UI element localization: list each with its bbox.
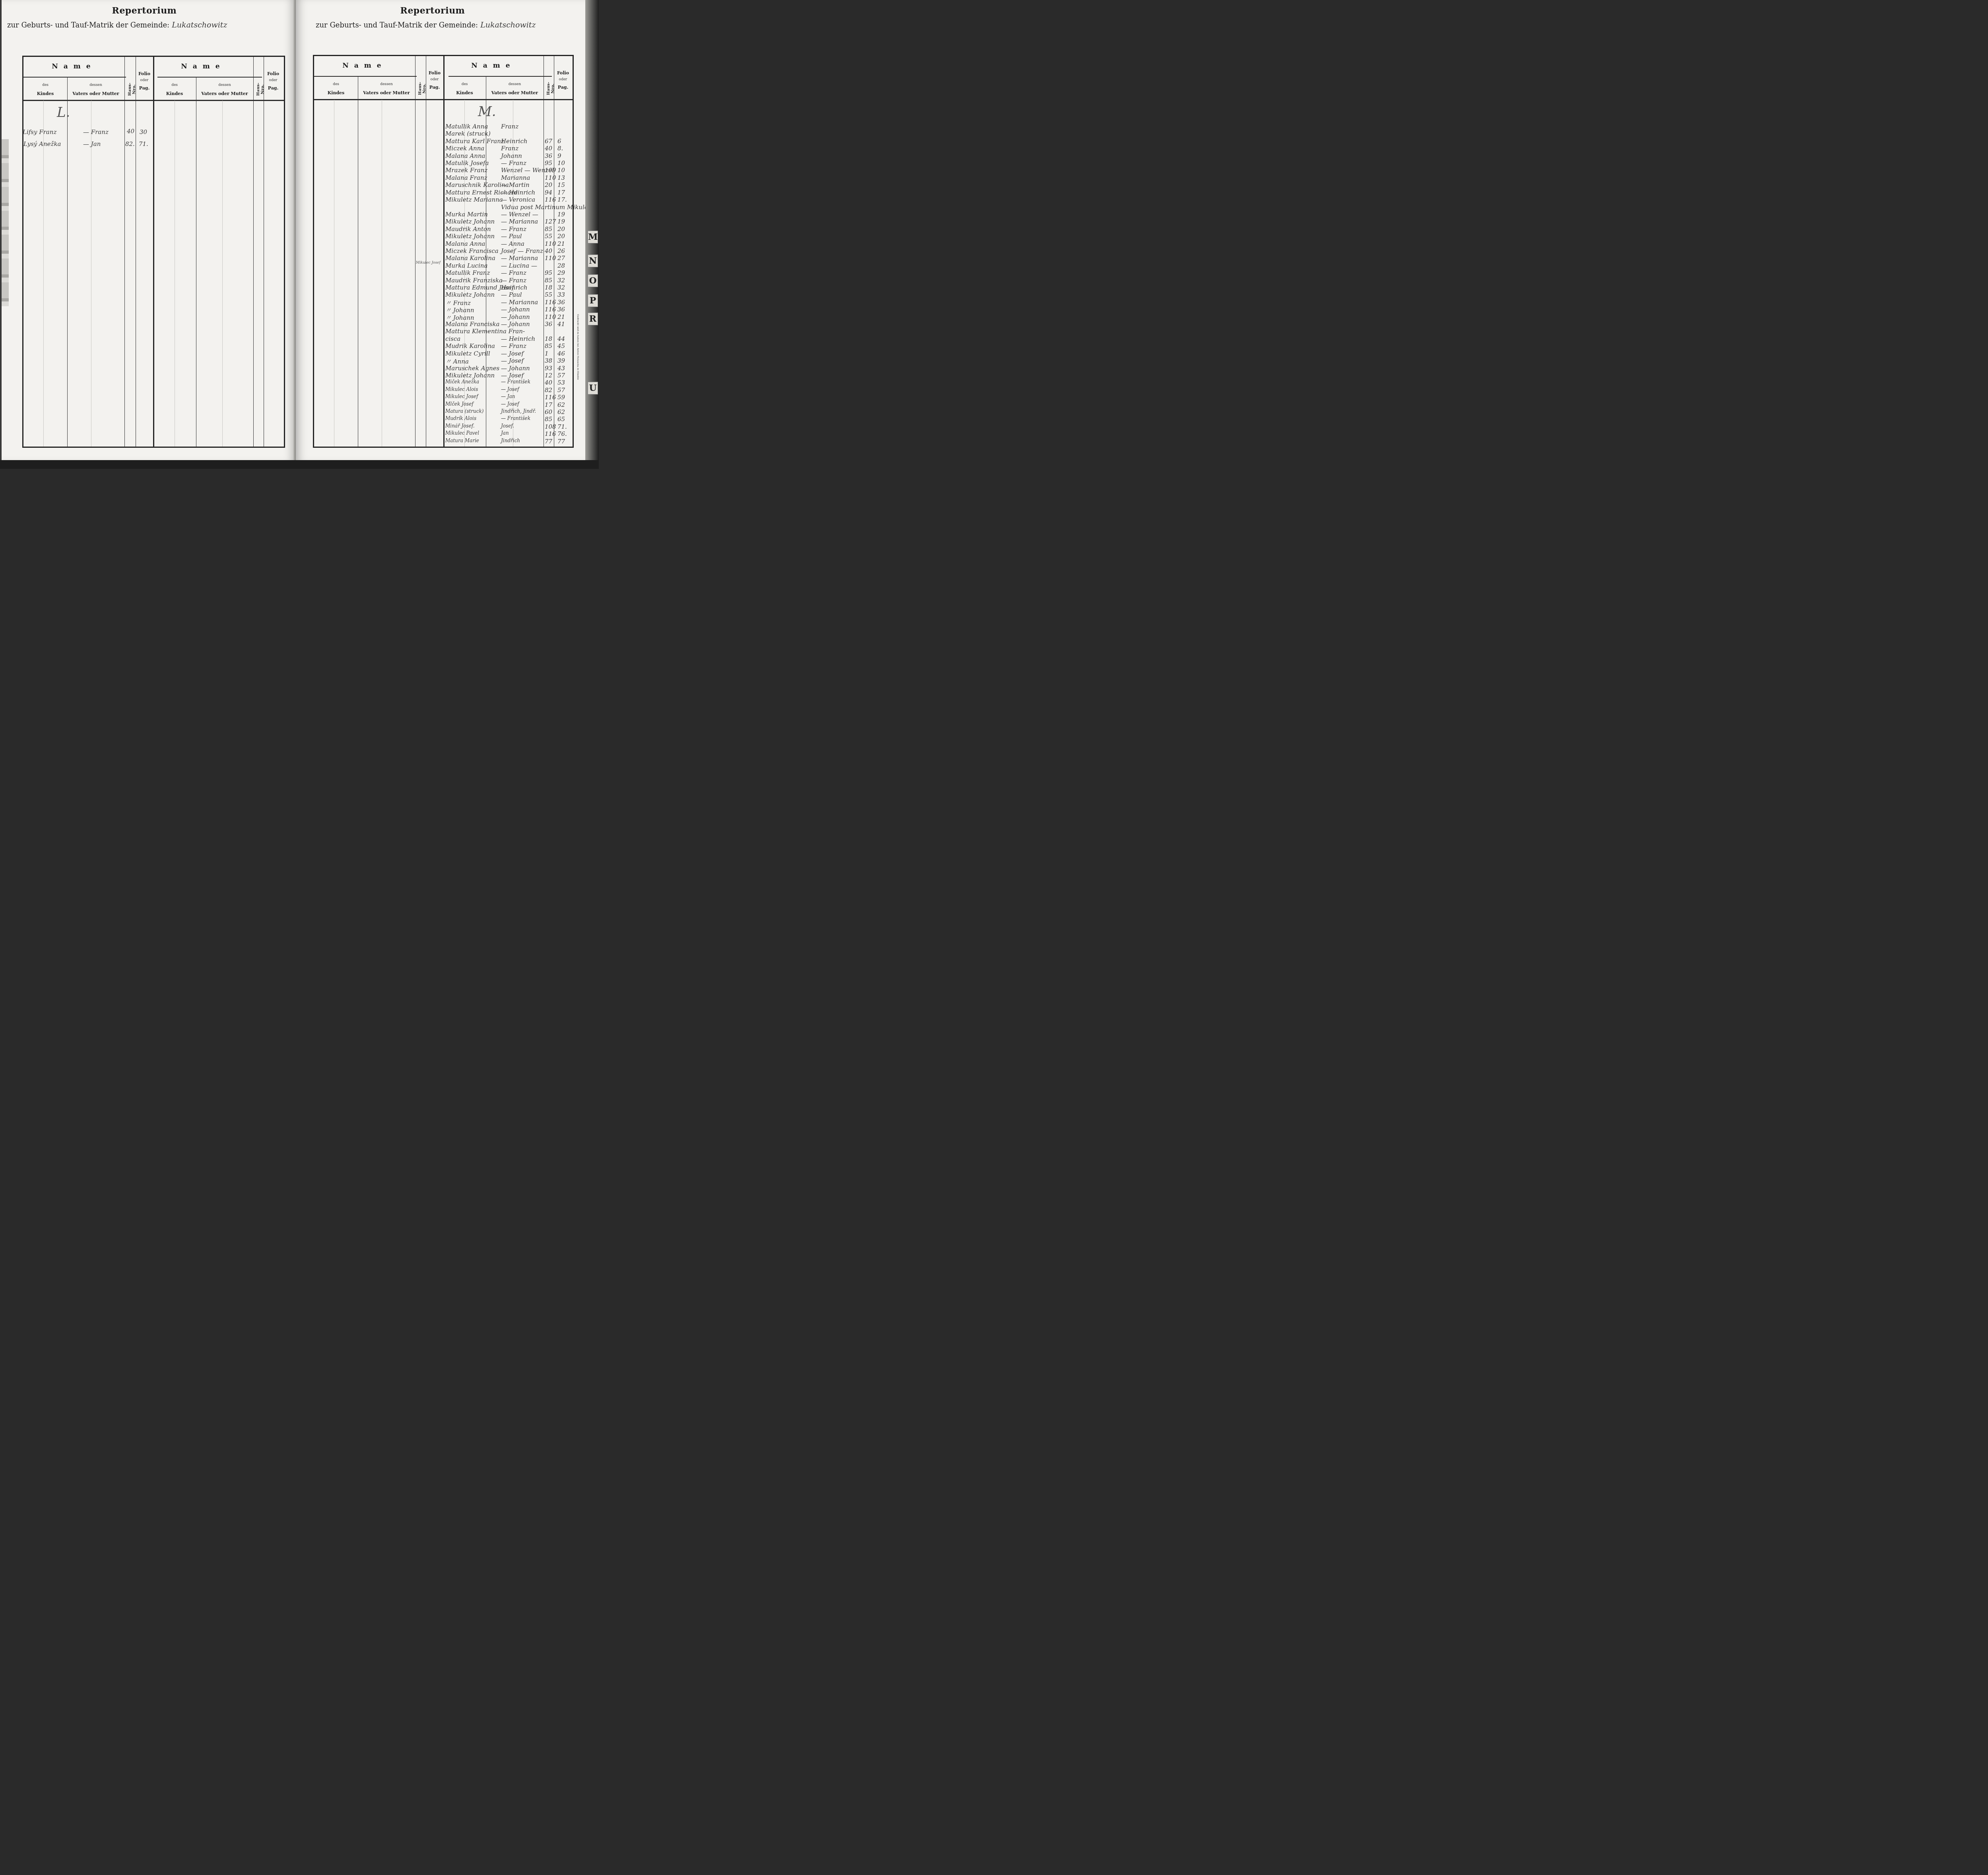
entry-haus-nro: 116 [545,196,556,203]
entry-parent: — Lucina — [501,262,537,269]
entry-parent: — Heinrich [501,335,535,342]
entry-haus-nro: 95 [545,159,552,167]
entry-folio: 46 [557,350,565,357]
header-oder: oder [136,78,153,82]
entry-folio: 39 [557,357,565,364]
entry-parent: — Johann [501,313,530,321]
subtitle-printed: zur Geburts- und Tauf-Matrik der Gemeind… [316,21,478,29]
entry-haus-nro: 36 [545,321,552,328]
entry-haus-nro: 116 [545,306,556,313]
header-rule [448,76,552,77]
column-divider [264,57,264,447]
entry-child: Mrazek Franz [445,167,487,174]
entry-folio: 10 [557,167,565,174]
entry-child: Lifsy Franz [23,128,56,136]
entry-parent: — Wenzel — [501,211,538,218]
entry-folio: 71. [557,423,567,430]
entry-child: Mikulec Josef [445,394,478,399]
entry-parent: — Franz [501,225,526,233]
header-pag: Pag. [554,85,572,90]
entry-folio: 21 [557,240,565,247]
document-spread: Repertorium zur Geburts- und Tauf-Matrik… [0,0,599,469]
entry-child: Mikuletz Johann [445,218,495,225]
column-divider [136,57,136,447]
parish-name: Lukatschowitz [480,21,536,29]
entry-parent: — Josef [501,350,524,357]
entry-folio: 45 [557,342,565,350]
entry-haus-nro: 110 [545,240,556,247]
entry-parent: Franz [501,145,518,152]
entry-parent: Josef. [501,423,514,429]
entry-haus-nro: 40 [545,379,552,386]
entry-folio: 27 [557,255,565,262]
entry-haus-nro: 108 [545,423,556,430]
entry-parent: — Marianna [501,255,538,262]
header-des: des [443,82,486,86]
entry-child: Lysý Anežka [23,140,61,148]
header-folio: Folio [264,71,283,76]
header-dessen: dessen [486,82,544,86]
entry-parent: — Franz [501,269,526,276]
entry-parent: Marianna [501,174,530,181]
entry-folio: 77 [557,438,565,445]
index-tab-p[interactable]: P [588,294,598,307]
header-name: Name [314,62,415,70]
entry-parent: Heinrich [501,138,527,145]
entry-folio: 26 [557,247,565,255]
header-kindes: Kindes [23,91,67,96]
entry-haus-nro: 77 [545,438,552,445]
entry-child: Mattura Karl Franz [445,138,504,145]
entry-folio: 53 [557,379,565,386]
entry-child: Mikulec Alois [445,387,478,392]
entry-child: Maruschek Agnes [445,365,499,372]
header-vaters: Vaters oder Mutter [358,90,415,95]
entry-folio: 71. [139,140,148,148]
guide-line [222,101,223,447]
entry-child: Maruschnik Karolina [445,181,509,188]
entry-haus-nro: 18 [545,335,552,342]
guide-line [91,101,91,447]
entry-parent: — Franz [83,128,109,136]
page-subtitle: zur Geburts- und Tauf-Matrik der Gemeind… [316,21,536,29]
entry-folio: 28 [557,262,565,269]
header-vaters: Vaters oder Mutter [196,91,253,96]
entry-parent: — Anna [501,240,524,247]
entry-parent: — Johann [501,306,530,313]
entry-haus-nro: 12 [545,372,552,379]
entry-folio: 33 [557,291,565,298]
guide-line [175,101,175,447]
entry-child: Maudrik Anton [445,225,491,233]
header-kindes: Kindes [314,90,358,95]
header-folio: Folio [426,70,443,76]
header-dessen: dessen [196,83,253,87]
binding-tape [2,139,9,306]
entry-folio: 20 [557,233,565,240]
entry-child: Malana Karolina [445,255,495,262]
entry-haus-nro: 1 [545,350,549,357]
header-kindes: Kindes [153,91,196,96]
entry-haus-nro: 36 [545,152,552,159]
entry-parent: Jindřich, Jindř. [501,408,536,414]
header-haus-nro: Haus-Nro. [418,79,427,98]
header-oder: oder [264,78,283,82]
entry-child: Mikuletz Johann [445,291,495,298]
entry-haus-nro: 85 [545,342,552,350]
entry-folio: 57 [557,372,565,379]
header-vaters: Vaters oder Mutter [486,90,544,95]
entry-haus-nro: 60 [545,408,552,416]
header-pag: Pag. [264,85,283,91]
entry-folio: 65 [557,416,565,423]
page-title: Repertorium [0,6,291,16]
column-divider [544,56,544,447]
header-haus-nro: Haus-Nro. [128,80,136,99]
entry-parent: — Franz [501,159,526,167]
index-tab-r[interactable]: R [588,313,598,325]
entry-parent: Josef — Franz [501,247,543,255]
entry-parent: — Johann [501,365,530,372]
entry-folio: 62 [557,408,565,416]
entry-folio: 13 [557,174,565,181]
entry-child: Miček Anežka [445,379,479,385]
entry-parent: — Martin [501,181,530,188]
entry-parent: — Marianna [501,218,538,225]
entry-folio: 32 [557,277,565,284]
entry-child: Matullik Franz [445,269,490,276]
scan-bottom-edge [0,460,599,469]
entry-child: cisca [445,335,460,342]
right-page: Repertorium zur Geburts- und Tauf-Matrik… [296,0,585,461]
header-dessen: dessen [67,83,124,87]
entry-haus-nro: 93 [545,365,552,372]
entry-haus-nro: 109 [545,167,556,174]
entry-folio: 19 [557,218,565,225]
entry-haus-nro: 67 [545,138,552,145]
entry-parent: — Johann [501,321,530,328]
column-divider [124,57,125,447]
column-divider [443,56,445,447]
entry-child: Miczek Anna [445,145,484,152]
entry-folio: 15 [557,181,565,188]
column-divider [554,56,554,447]
entry-child: Minář Josef. [445,423,475,429]
entry-haus-nro: 82 [545,387,552,394]
entry-child: Murka Lucina [445,262,487,269]
entry-haus-nro: 85 [545,277,552,284]
entry-child: Matullik Anna [445,123,488,130]
entry-parent: — Franz [501,342,526,350]
entry-parent: — Paul [501,291,522,298]
header-name: Name [443,62,544,70]
entry-haus-nro: 95 [545,269,552,276]
entry-folio: 6 [557,138,561,145]
entry-parent: Vidua post Martinum Mikuletz [501,204,594,211]
entry-parent: Jan [501,430,509,436]
entry-folio: 36 [557,299,565,306]
entry-folio: 43 [557,365,565,372]
header-pag: Pag. [426,85,443,90]
section-letter: L. [57,105,70,120]
column-divider [153,57,154,447]
entry-parent: — Josef [501,357,524,364]
entry-haus-nro: 116 [545,394,556,401]
entry-child: Maudrik Franziska [445,277,503,284]
entry-parent: — Jan [501,394,515,399]
entry-haus-nro: 17 [545,401,552,408]
entry-folio: 10 [557,159,565,167]
entry-child: Miczek Francisca [445,247,499,255]
header-des: des [314,82,358,86]
entry-folio: 62 [557,401,565,408]
entry-child: Malana Franciska [445,321,500,328]
column-divider [415,56,415,447]
subtitle-printed: zur Geburts- und Tauf-Matrik der Gemeind… [7,21,169,29]
entry-folio: 44 [557,335,565,342]
index-tab-u[interactable]: U [588,382,598,394]
guide-line [334,100,334,447]
entry-parent: — František [501,379,530,385]
entry-haus-nro: 18 [545,284,552,291]
entry-child: Malana Franz [445,174,487,181]
index-tab-n[interactable]: N [588,255,598,267]
entry-child: Malana Anna [445,240,485,247]
header-name: Name [153,62,253,70]
entry-folio: 57 [557,387,565,394]
entry-parent: — Heinrich [501,189,535,196]
header-name: Name [23,62,124,70]
header-oder: oder [554,78,572,82]
entry-parent: — Paul [501,233,522,240]
column-divider [67,77,68,447]
header-dessen: dessen [358,82,415,86]
entry-folio: 19 [557,211,565,218]
entry-folio: 41 [557,321,565,328]
page-subtitle: zur Geburts- und Tauf-Matrik der Gemeind… [7,21,227,29]
entry-folio: 8. [557,145,563,152]
entry-haus-nro: 40 [127,128,134,135]
entry-parent: — Marianna [501,299,538,306]
entry-child: Mlček Josef [445,401,474,407]
column-divider [196,77,196,447]
page-title: Repertorium [288,6,577,16]
entry-haus-nro: 110 [545,313,556,321]
entry-parent: — Franz [501,277,526,284]
entry-folio: 17. [557,196,567,203]
entry-child: Mikulec Pavel [445,430,479,436]
entry-parent: — František [501,416,530,421]
entry-haus-nro: 94 [545,189,552,196]
header-oder: oder [426,78,443,82]
entry-child: Matulik Josefa [445,159,489,167]
entry-parent: — Jan [83,140,101,148]
entry-child: Matura (struck) [445,408,484,414]
header-des: des [23,83,67,87]
entry-haus-nro: 82. [125,140,135,148]
entry-folio: 59 [557,394,565,401]
entry-haus-nro: 110 [545,174,556,181]
column-divider [358,76,358,447]
entry-haus-nro: 55 [545,233,552,240]
column-divider [253,57,254,447]
entry-folio: 30 [140,128,147,136]
entry-child: 〃 Anna [445,357,469,365]
column-divider [426,56,426,447]
header-pag: Pag. [136,85,153,91]
entry-parent: Franz [501,123,518,130]
entry-haus-nro: 20 [545,181,552,188]
entry-haus-nro: 55 [545,291,552,298]
header-rule [23,77,126,78]
header-rule [314,76,417,77]
margin-note: Mikulec Josef [416,261,441,265]
entry-child: 〃 Johann [445,306,474,314]
entry-child: Mikuletz Johann [445,233,495,240]
register-table: Name des Kindes dessen Vaters oder Mutte… [22,56,285,448]
entry-child: Malana Anna [445,152,485,159]
guide-line [43,101,44,447]
entry-haus-nro: 110 [545,255,556,262]
entry-haus-nro: 38 [545,357,552,364]
entry-folio: 20 [557,225,565,233]
entry-haus-nro: 40 [545,145,552,152]
entry-folio: 29 [557,269,565,276]
entry-child: Mikuletz Cyrill [445,350,490,357]
header-folio: Folio [554,70,572,76]
entry-child: Murka Martin [445,211,488,218]
entry-haus-nro: 127 [545,218,556,225]
entry-haus-nro: 116 [545,430,556,437]
entry-parent: — Josef [501,387,519,392]
entry-haus-nro: 40 [545,247,552,255]
header-vaters: Vaters oder Mutter [67,91,124,96]
entry-child: Matura Marie [445,438,479,443]
entry-haus-nro: 116 [545,299,556,306]
entry-parent: Johann [501,152,522,159]
entry-folio: 17 [557,189,565,196]
entry-folio: 76. [557,430,567,437]
printer-imprint: Gedruckt und zu haben bei Anton Holaucka… [577,314,579,380]
entry-child: Mikuletz Marianna [445,196,503,203]
index-tab-o[interactable]: O [588,274,598,287]
header-des: des [153,83,196,87]
entry-child: Mattura Klementina Fran- [445,328,525,335]
header-kindes: Kindes [443,90,486,95]
entry-folio: 32 [557,284,565,291]
entry-child: Mudrik Karolina [445,342,495,350]
entry-folio: 9 [557,152,561,159]
entry-parent: Jindřich [501,438,520,443]
entry-haus-nro: 85 [545,416,552,423]
header-rule [157,77,262,78]
parish-name: Lukatschowitz [172,21,227,29]
entry-child: Mikuletz Johann [445,372,495,379]
register-table: Name des Kindes dessen Vaters oder Mutte… [313,55,574,448]
entry-parent: — Josef [501,372,524,379]
section-letter: M. [478,104,496,120]
entry-parent: — Veronica [501,196,535,203]
entry-folio: 36 [557,306,565,313]
guide-line [382,100,382,447]
entry-child: Marek (struck) [445,130,491,137]
entry-child: Mudrík Alois [445,416,476,421]
left-page: Repertorium zur Geburts- und Tauf-Matrik… [2,0,295,461]
entry-haus-nro: 85 [545,225,552,233]
index-tab-m[interactable]: M [588,231,598,243]
entry-parent: Heinrich [501,284,527,291]
entry-folio: 21 [557,313,565,321]
header-folio: Folio [136,71,153,76]
entry-parent: — Josef [501,401,519,407]
